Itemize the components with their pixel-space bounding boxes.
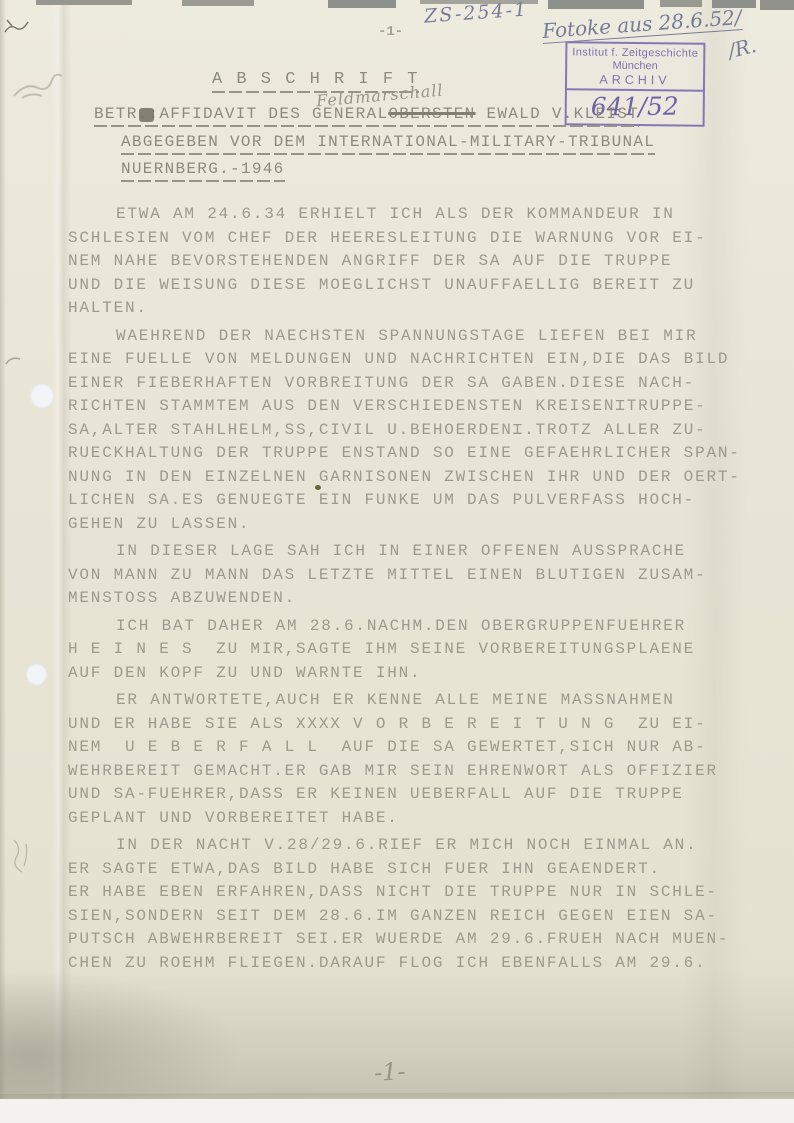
archive-stamp-header: Institut f. Zeitgeschichte München ARCHI…: [567, 43, 703, 91]
pencil-scribble: [4, 352, 24, 368]
overtype-blob: [139, 108, 154, 122]
punch-hole: [30, 383, 54, 409]
scan-edge-artifact: [36, 0, 132, 5]
affidavit-paragraph-5: ER ANTWORTETE,AUCH ER KENNE ALLE MEINE M…: [68, 689, 744, 830]
paper-stain: [315, 485, 321, 490]
affidavit-paragraph-1: ETWA AM 24.6.34 ERHIELT ICH ALS DER KOMM…: [68, 203, 744, 321]
affidavit-paragraph-3: IN DIESER LAGE SAH ICH IN EINER OFFENEN …: [68, 540, 744, 611]
scan-edge-artifact: [328, 0, 396, 8]
stamp-institute: Institut f. Zeitgeschichte: [571, 46, 699, 59]
pencil-scribble: [2, 12, 36, 38]
subject-line-1: BETR.:AFFIDAVIT DES GENERALOBERSTEN EWAL…: [94, 105, 639, 127]
scanned-document-page: ZS-254-1 -1- Fotoke aus 28.6.52/ /R. Ins…: [0, 0, 794, 1123]
subject-line1-post: EWALD V.KLEIST: [476, 105, 640, 123]
scanner-background: [0, 1099, 794, 1123]
subject-line-2: ABGEGEBEN VOR DEM INTERNATIONAL-MILITARY…: [121, 133, 655, 155]
affidavit-paragraph-2: WAEHREND DER NAECHSTEN SPANNUNGSTAGE LIE…: [68, 325, 744, 537]
stamp-archive: ARCHIV: [571, 72, 699, 87]
pencil-scribble: [8, 836, 34, 876]
punch-hole: [26, 663, 47, 686]
affidavit-paragraph-4: ICH BAT DAHER AM 28.6.NACHM.DEN OBERGRUP…: [68, 615, 744, 686]
scan-edge-artifact: [760, 0, 794, 10]
pencil-scribble: [8, 52, 66, 104]
scan-edge-artifact: [548, 0, 644, 9]
stamp-city: München: [571, 59, 699, 72]
scan-edge-artifact: [182, 0, 254, 6]
subject-line-3: NUERNBERG.-1946: [121, 160, 285, 182]
typed-page-number-top: -1-: [378, 24, 403, 40]
subject-line1-struck-word: OBERSTEN: [388, 105, 475, 123]
affidavit-body: ETWA AM 24.6.34 ERHIELT ICH ALS DER KOMM…: [68, 203, 744, 979]
affidavit-paragraph-6: IN DER NACHT V.28/29.6.RIEF ER MICH NOCH…: [68, 834, 744, 975]
scan-edge-artifact: [660, 0, 702, 7]
handwritten-page-number-bottom: -1-: [373, 1057, 406, 1087]
